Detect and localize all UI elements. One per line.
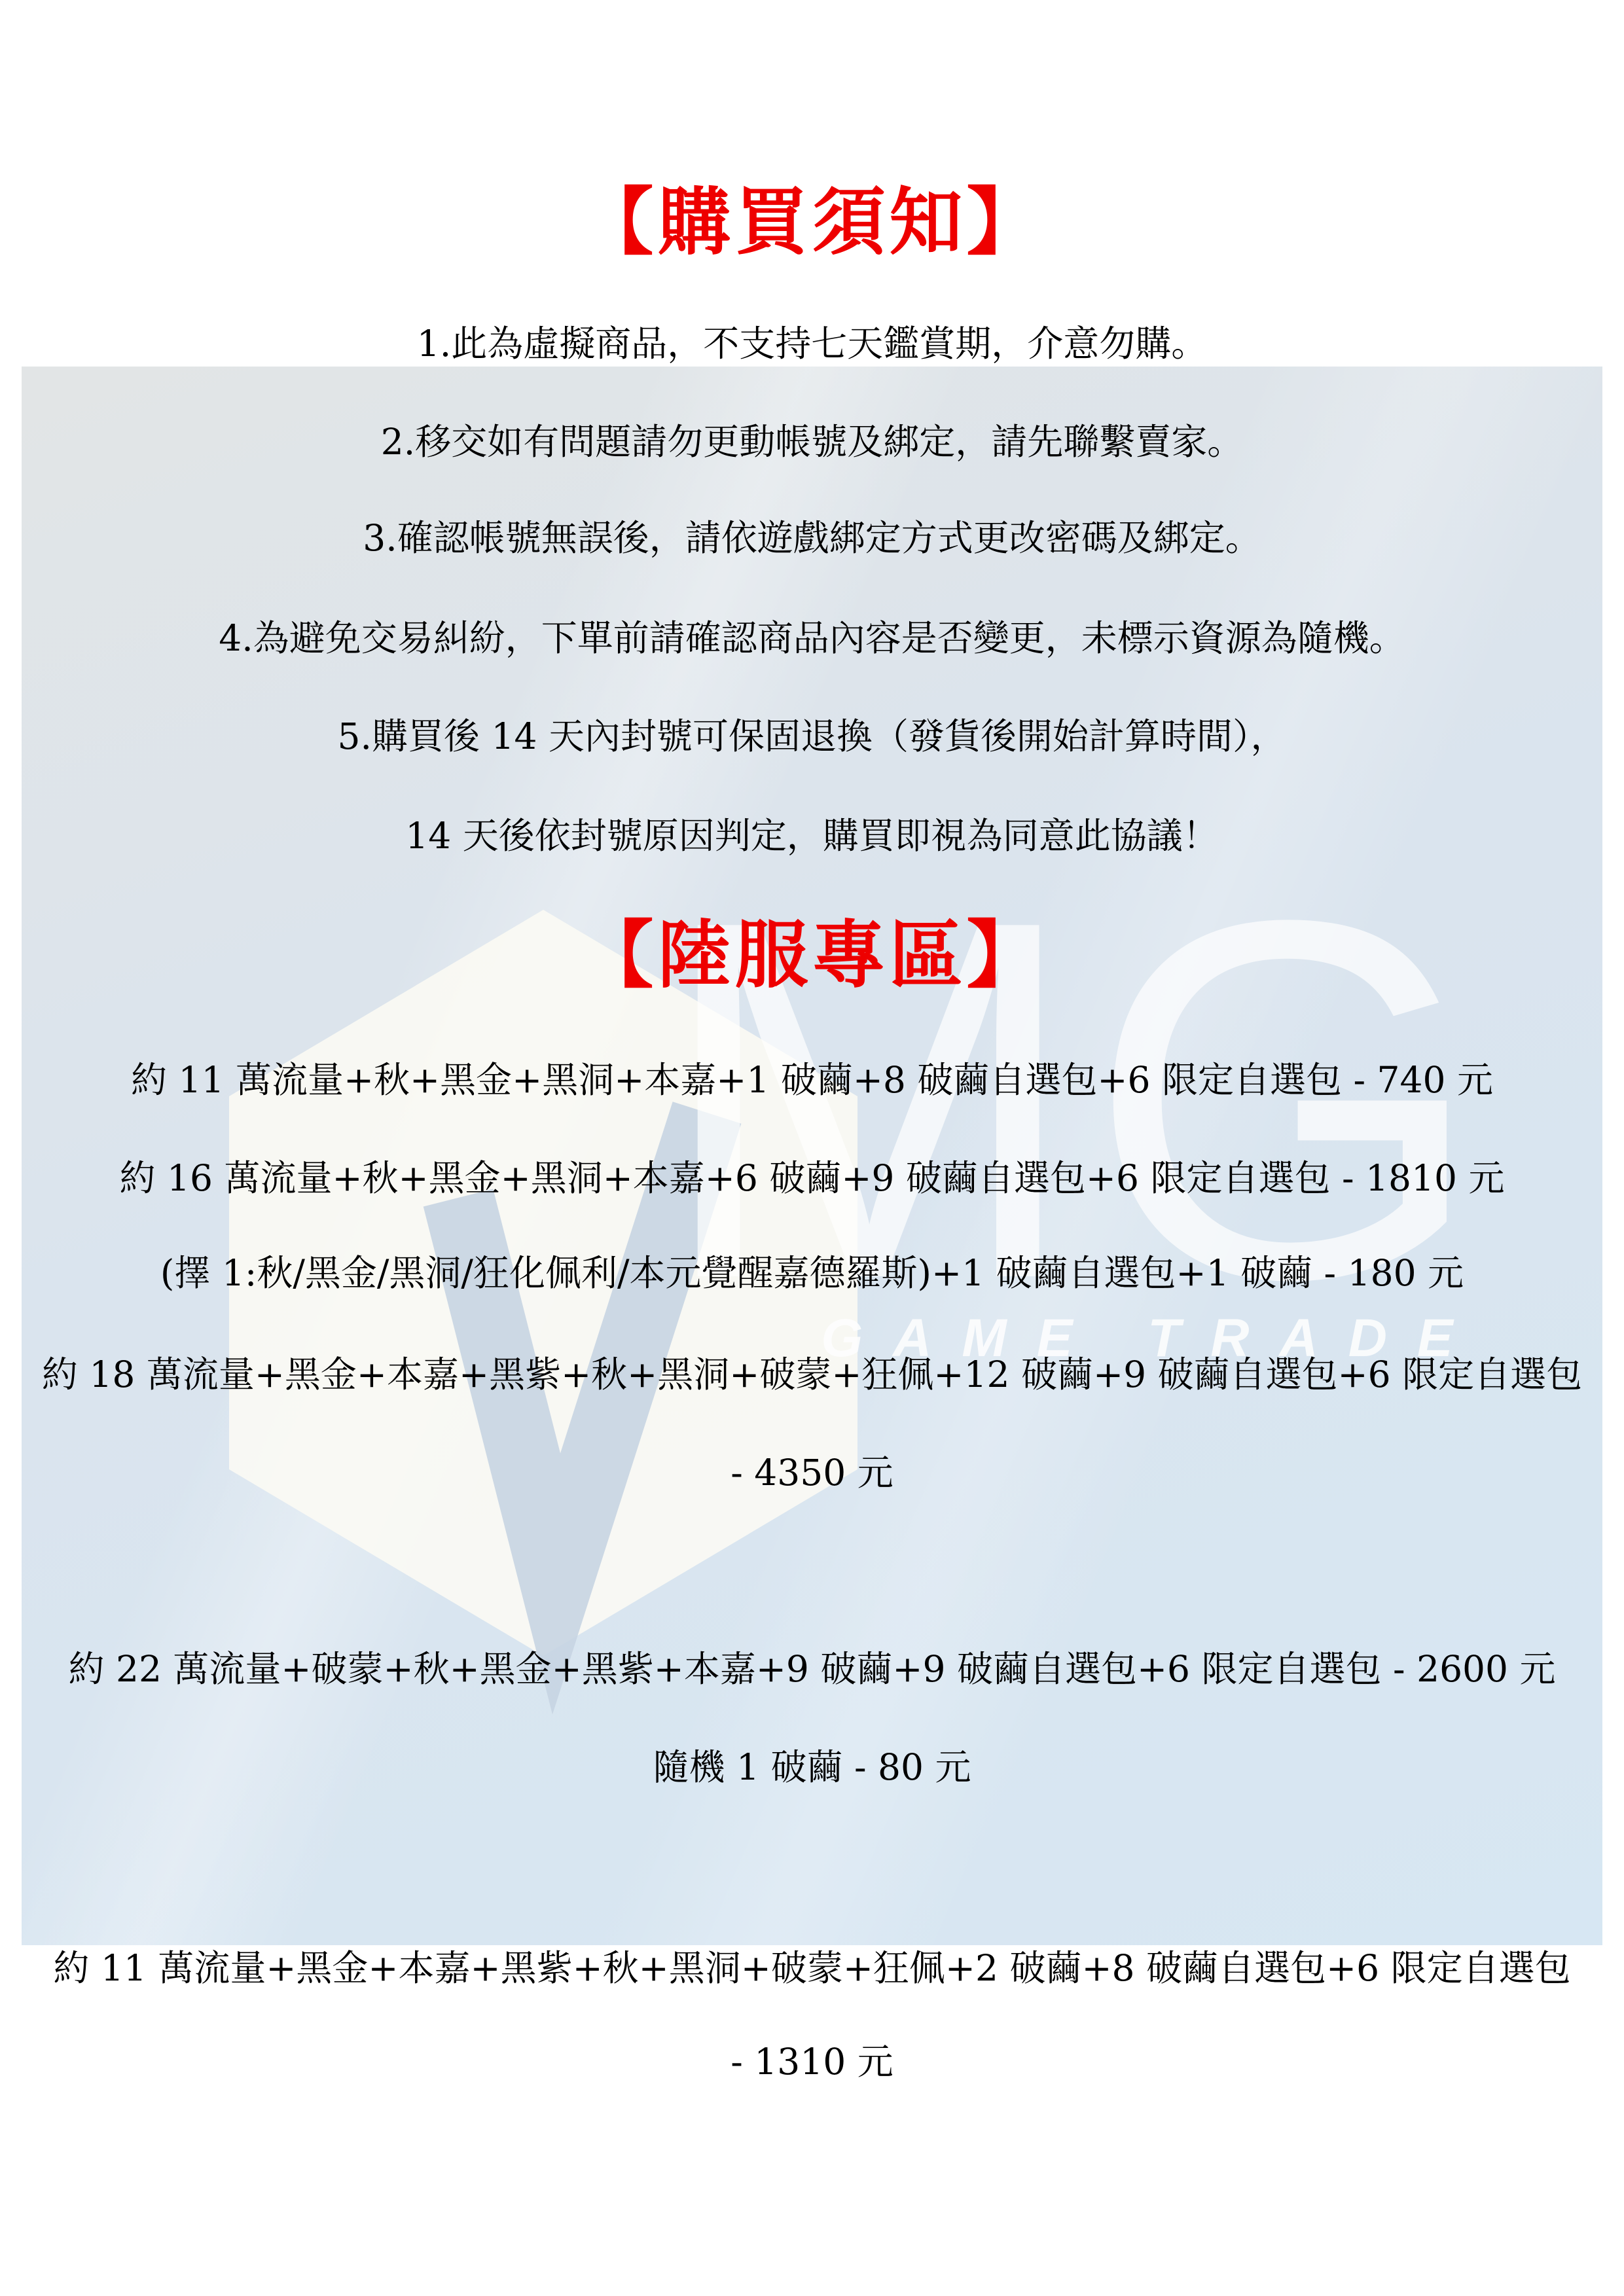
- product-line-7: 約 11 萬流量+黑金+本嘉+黑紫+秋+黑洞+破蒙+狂佩+2 破繭+8 破繭自選…: [0, 1943, 1624, 1993]
- product-line-7-price: - 1310 元: [0, 2037, 1624, 2087]
- section-title: 【陸服專區】: [0, 905, 1624, 1007]
- product-line-6: 隨機 1 破繭 - 80 元: [0, 1742, 1624, 1792]
- notice-item-5-continued: 14 天後依封號原因判定，購買即視為同意此協議！: [0, 811, 1624, 861]
- product-line-4: 約 18 萬流量+黑金+本嘉+黑紫+秋+黑洞+破蒙+狂佩+12 破繭+9 破繭自…: [0, 1350, 1624, 1399]
- listing-page: MG GAME TRADE 【購買須知】 1.此為虛擬商品，不支持七天鑑賞期，介…: [0, 0, 1624, 2296]
- notice-item-3: 3.確認帳號無誤後，請依遊戲綁定方式更改密碼及綁定。: [0, 513, 1624, 563]
- product-line-4-price: - 4350 元: [0, 1448, 1624, 1498]
- notice-item-5: 5.購買後 14 天內封號可保固退換（發貨後開始計算時間），: [0, 711, 1624, 761]
- notice-item-1: 1.此為虛擬商品，不支持七天鑑賞期，介意勿購。: [0, 319, 1624, 368]
- notice-item-2: 2.移交如有問題請勿更動帳號及綁定，請先聯繫賣家。: [0, 417, 1624, 467]
- notice-item-4: 4.為避免交易糾紛，下單前請確認商品內容是否變更，未標示資源為隨機。: [0, 613, 1624, 663]
- notice-title: 【購買須知】: [0, 171, 1624, 274]
- product-line-2: 約 16 萬流量+秋+黑金+黑洞+本嘉+6 破繭+9 破繭自選包+6 限定自選包…: [0, 1153, 1624, 1203]
- product-line-3: (擇 1:秋/黑金/黑洞/狂化佩利/本元覺醒嘉德羅斯)+1 破繭自選包+1 破繭…: [0, 1248, 1624, 1298]
- product-line-1: 約 11 萬流量+秋+黑金+黑洞+本嘉+1 破繭+8 破繭自選包+6 限定自選包…: [0, 1055, 1624, 1105]
- product-line-5: 約 22 萬流量+破蒙+秋+黑金+黑紫+本嘉+9 破繭+9 破繭自選包+6 限定…: [0, 1644, 1624, 1694]
